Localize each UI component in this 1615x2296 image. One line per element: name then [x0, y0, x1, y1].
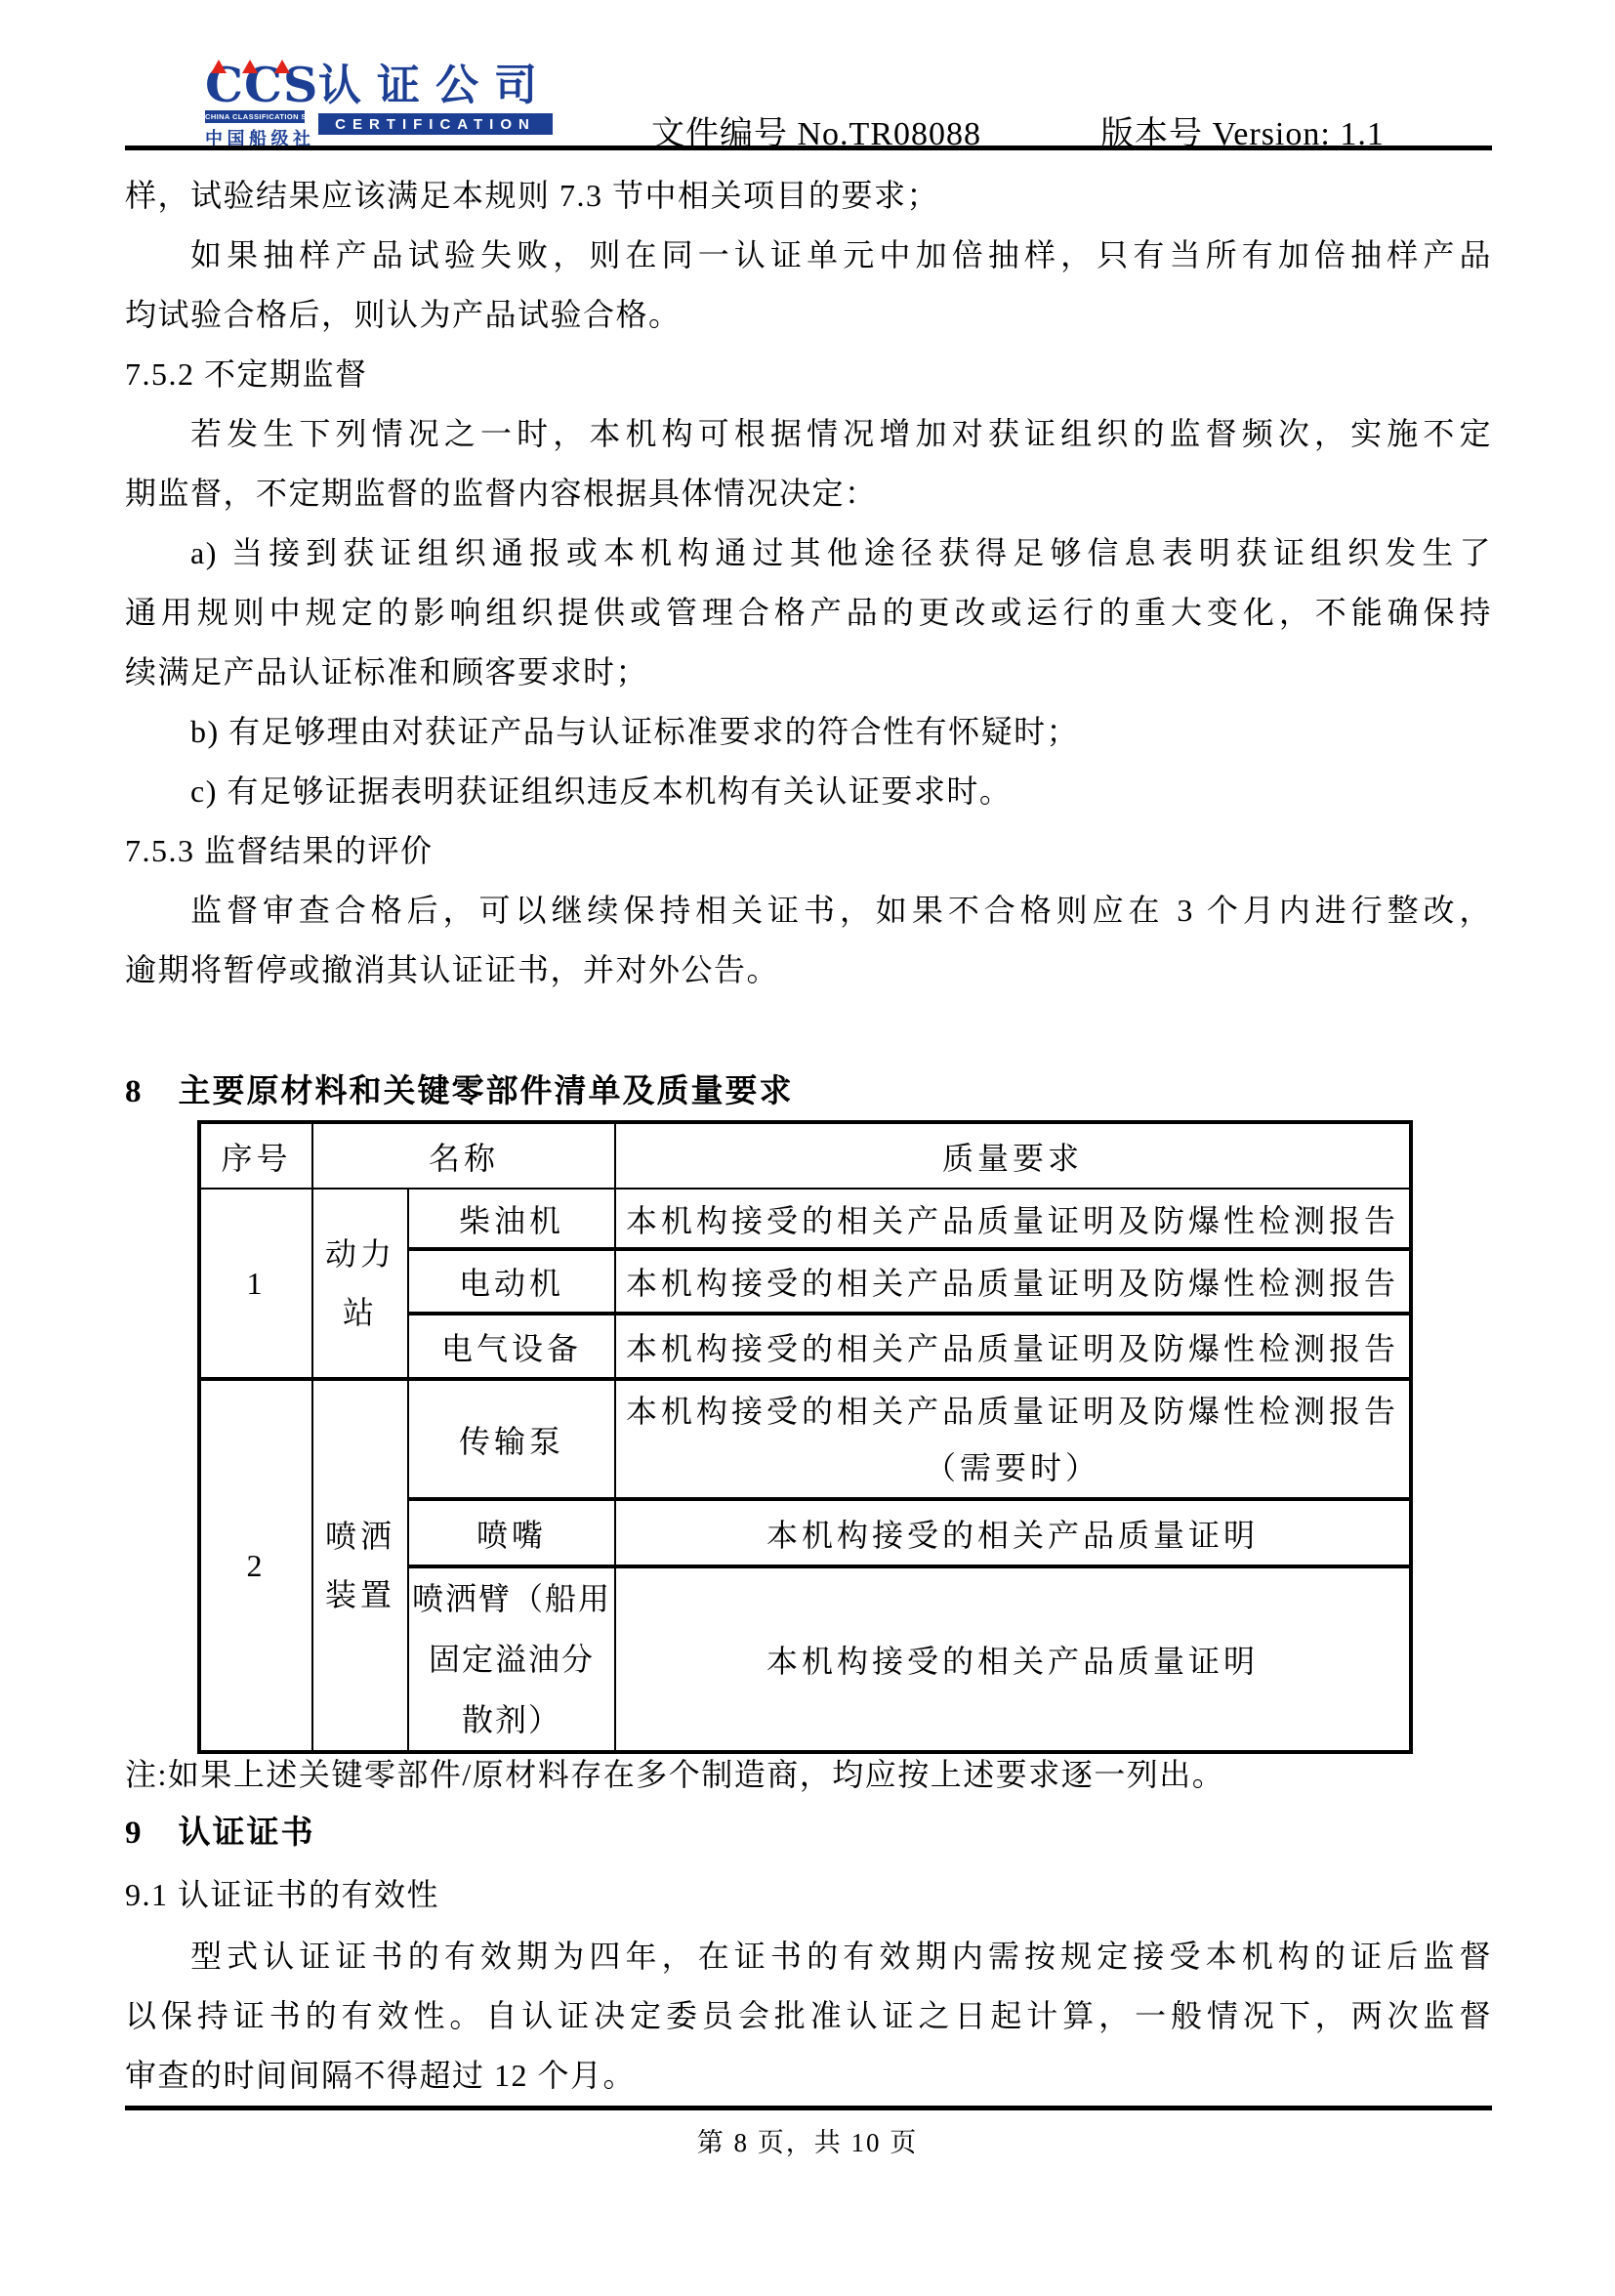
- cell-name: 电气设备: [408, 1314, 615, 1379]
- cell-name: 喷洒臂（船用 固定溢油分 散剂）: [408, 1566, 615, 1752]
- section-8-heading: 8主要原材料和关键零部件清单及质量要求: [125, 1070, 794, 1113]
- body-line: 如果抽样产品试验失败，则在同一认证单元中加倍抽样，只有当所有加倍抽样产品: [125, 226, 1492, 285]
- body-line: 若发生下列情况之一时，本机构可根据情况增加对获证组织的监督频次，实施不定: [125, 404, 1492, 464]
- section-9-number: 9: [125, 1812, 144, 1855]
- body-line: 审查的时间间隔不得超过 12 个月。: [125, 2046, 1492, 2106]
- section-8-title: 主要原材料和关键零部件清单及质量要求: [179, 1074, 794, 1109]
- section-9-paragraph: 型式认证证书的有效期为四年，在证书的有效期内需按规定接受本机构的证后监督 以保持…: [125, 1927, 1492, 2106]
- materials-table: 序号 名称 质量要求 1 动力站 柴油机 本机构接受的相关产品质量证明及防爆性检…: [197, 1120, 1413, 1754]
- header-rule: [125, 146, 1492, 150]
- req-note: （需要时）: [619, 1440, 1406, 1496]
- document-page: CCS CHINA CLASSIFICATION SOCIETY 中国船级社 认…: [0, 0, 1615, 2296]
- table-row: 1 动力站 柴油机 本机构接受的相关产品质量证明及防爆性检测报告: [199, 1189, 1411, 1249]
- cell-name: 传输泵: [408, 1379, 615, 1499]
- body-line: 样，试验结果应该满足本规则 7.3 节中相关项目的要求；: [125, 166, 1492, 226]
- body-line: 监督审查合格后，可以继续保持相关证书，如果不合格则应在 3 个月内进行整改，: [125, 881, 1492, 940]
- body-line: 通用规则中规定的影响组织提供或管理合格产品的更改或运行的重大变化，不能确保持: [125, 583, 1492, 643]
- body-line: a) 当接到获证组织通报或本机构通过其他途径获得足够信息表明获证组织发生了: [125, 523, 1492, 583]
- table-header-row: 序号 名称 质量要求: [199, 1122, 1411, 1189]
- ccs-red-accent-icon: [242, 60, 258, 73]
- page-number: 第 8 页，共 10 页: [0, 2121, 1615, 2159]
- body-line: 均试验合格后，则认为产品试验合格。: [125, 285, 1492, 345]
- footer-rule: [125, 2106, 1492, 2110]
- body-line: 以保持证书的有效性。自认证决定委员会批准认证之日起计算，一般情况下，两次监督: [125, 1986, 1492, 2046]
- body-line: c) 有足够证据表明获证组织违反本机构有关认证要求时。: [125, 762, 1492, 821]
- table-row: 2 喷洒装置 传输泵 本机构接受的相关产品质量证明及防爆性检测报告 （需要时）: [199, 1379, 1411, 1499]
- header-req: 质量要求: [615, 1122, 1411, 1189]
- cell-req: 本机构接受的相关产品质量证明: [615, 1499, 1411, 1566]
- name-line: 散剂）: [412, 1690, 611, 1750]
- body-line: 逾期将暂停或撤消其认证证书，并对外公告。: [125, 940, 1492, 1000]
- cell-group: 动力站: [312, 1189, 408, 1379]
- cell-name: 电动机: [408, 1249, 615, 1314]
- header-seq: 序号: [199, 1122, 312, 1189]
- ccs-logo: CCS CHINA CLASSIFICATION SOCIETY 中国船级社 认…: [205, 63, 553, 150]
- body-line: 续满足产品认证标准和顾客要求时；: [125, 643, 1492, 702]
- cell-req: 本机构接受的相关产品质量证明及防爆性检测报告: [615, 1249, 1411, 1314]
- subsection-heading-91: 9.1 认证证书的有效性: [125, 1873, 439, 1916]
- cell-seq: 2: [199, 1379, 312, 1752]
- cell-seq: 1: [199, 1189, 312, 1379]
- ccs-red-accent-icon: [211, 60, 227, 73]
- subsection-heading-752: 7.5.2 不定期监督: [125, 345, 1492, 404]
- cell-req: 本机构接受的相关产品质量证明及防爆性检测报告: [615, 1189, 1411, 1249]
- body-text: 样，试验结果应该满足本规则 7.3 节中相关项目的要求； 如果抽样产品试验失败，…: [125, 166, 1492, 1000]
- body-line: 型式认证证书的有效期为四年，在证书的有效期内需按规定接受本机构的证后监督: [125, 1927, 1492, 1986]
- section-9-title: 认证证书: [179, 1816, 315, 1851]
- cell-name: 喷嘴: [408, 1499, 615, 1566]
- table-note: 注:如果上述关键零部件/原材料存在多个制造商，均应按上述要求逐一列出。: [125, 1753, 1224, 1796]
- cell-req: 本机构接受的相关产品质量证明: [615, 1566, 1411, 1752]
- cell-req: 本机构接受的相关产品质量证明及防爆性检测报告 （需要时）: [615, 1379, 1411, 1499]
- body-line: 期监督，不定期监督的监督内容根据具体情况决定：: [125, 464, 1492, 523]
- name-line: 固定溢油分: [412, 1629, 611, 1690]
- cell-group: 喷洒装置: [312, 1379, 408, 1752]
- subsection-heading-753: 7.5.3 监督结果的评价: [125, 821, 1492, 881]
- section-9-heading: 9认证证书: [125, 1812, 315, 1855]
- ccs-logo-right: 认证公司 CERTIFICATION: [318, 63, 553, 135]
- ccs-logo-left: CCS CHINA CLASSIFICATION SOCIETY 中国船级社: [205, 63, 305, 150]
- company-cn-label: 认证公司: [318, 63, 553, 109]
- ccs-red-accent-icon: [274, 60, 290, 73]
- cell-req: 本机构接受的相关产品质量证明及防爆性检测报告: [615, 1314, 1411, 1379]
- name-line: 喷洒臂（船用: [412, 1568, 611, 1629]
- cell-name: 柴油机: [408, 1189, 615, 1249]
- certification-banner: CERTIFICATION: [318, 113, 553, 135]
- req-line: 本机构接受的相关产品质量证明及防爆性检测报告: [619, 1383, 1406, 1440]
- header-name: 名称: [312, 1122, 615, 1189]
- body-line: b) 有足够理由对获证产品与认证标准要求的符合性有怀疑时；: [125, 702, 1492, 762]
- ccs-acronym: CCS: [205, 63, 305, 107]
- section-8-number: 8: [125, 1070, 144, 1113]
